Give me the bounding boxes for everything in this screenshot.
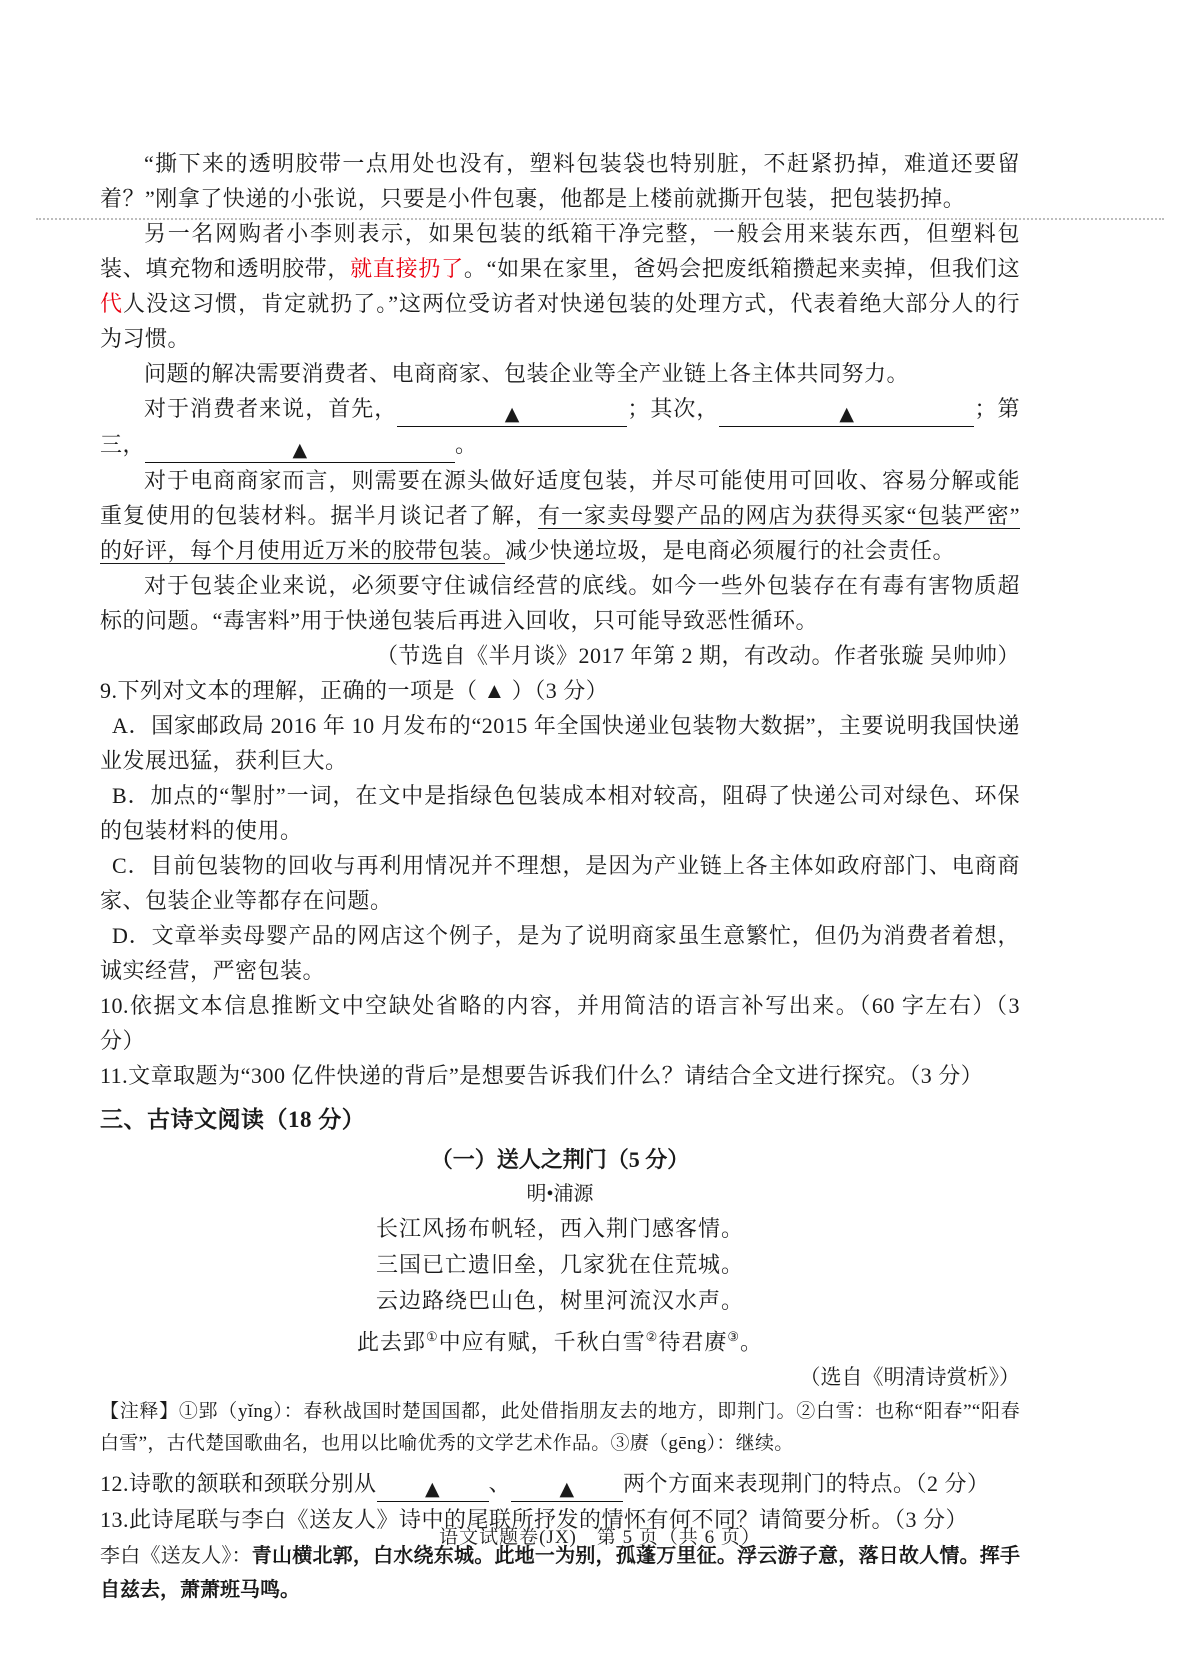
- poem-line-1: 长江风扬布帆轻，西入荆门感客情。: [100, 1211, 1020, 1247]
- exam-page: “撕下来的透明胶带一点用处也没有，塑料包装袋也特别脏，不赶紧扔掉，难道还要留着？…: [0, 0, 1200, 1665]
- libai-poem-reference: 李白《送友人》：青山横北郭，白水绕东城。此地一为别，孤蓬万里征。浮云游子意，落日…: [100, 1539, 1020, 1607]
- option-text: 国家邮政局 2016 年 10 月发布的“2015 年全国快递业包装物大数据”，…: [100, 713, 1020, 773]
- poem-line-2: 三国已亡遗旧垒，几家犹在住荒城。: [100, 1247, 1020, 1283]
- answer-blank: ▲: [145, 435, 455, 463]
- text-run: 减少快递垃圾，是电商必须履行的社会责任。: [505, 538, 955, 563]
- exam-content: “撕下来的透明胶带一点用处也没有，塑料包装袋也特别脏，不赶紧扔掉，难道还要留着？…: [100, 146, 1020, 1607]
- question-11: 11.文章取题为“300 亿件快递的背后”是想要告诉我们什么？请结合全文进行探究…: [100, 1058, 1020, 1093]
- option-text: 目前包装物的回收与再利用情况并不理想，是因为产业链上各主体如政府部门、电商商家、…: [100, 853, 1020, 913]
- option-label: B．: [112, 783, 151, 808]
- paragraph-consumer-blanks: 对于消费者来说，首先，▲；其次，▲；第三，▲。: [100, 391, 1020, 463]
- text-run: 。“如果在家里，爸妈会把废纸箱攒起来卖掉，但我们这: [464, 256, 1020, 281]
- answer-blank: ▲: [377, 1474, 489, 1502]
- triangle-placeholder-icon: ▲: [559, 1478, 574, 1500]
- option-label: D．: [112, 923, 152, 948]
- poem-author: 明•浦源: [100, 1178, 1020, 1211]
- question-10: 10.依据文本信息推断文中空缺处省略的内容，并用简洁的语言补写出来。（60 字左…: [100, 988, 1020, 1058]
- poem-annotations: 【注释】①郢（yǐng）：春秋战国时楚国国都，此处借指朋友去的地方，即荆门。②白…: [100, 1396, 1020, 1460]
- text-run: 中应有赋，千秋白雪: [439, 1329, 646, 1354]
- option-text: 文章举卖母婴产品的网店这个例子，是为了说明商家虽生意繁忙，但仍为消费者着想，诚实…: [100, 923, 1020, 983]
- option-label: A．: [112, 713, 151, 738]
- paragraph-zhang-quote: “撕下来的透明胶带一点用处也没有，塑料包装袋也特别脏，不赶紧扔掉，难道还要留着？…: [100, 146, 1020, 216]
- paragraph-li-quote: 另一名网购者小李则表示，如果包装的纸箱干净完整，一般会用来装东西，但塑料包装、填…: [100, 216, 1020, 356]
- text-run: 对于消费者来说，首先，: [144, 396, 397, 421]
- poem-source: （选自《明清诗赏析》）: [100, 1360, 1020, 1394]
- text-run: 人没这习惯，肯定就扔了。”这两位受访者对快递包装的处理方式，代表着绝大部分人的行…: [100, 291, 1020, 351]
- paragraph-ecommerce: 对于电商商家而言，则需要在源头做好适度包装，并尽可能使用可回收、容易分解或能重复…: [100, 463, 1020, 568]
- note-ref-1: ①: [426, 1329, 439, 1344]
- triangle-placeholder-icon: ▲: [839, 403, 854, 425]
- text-run: 此去郢: [357, 1329, 426, 1354]
- poem-line-3: 云边路绕巴山色，树里河流汉水声。: [100, 1283, 1020, 1319]
- red-highlight-char: 代: [100, 291, 123, 316]
- text-run: 两个方面来表现荆门的特点。（2 分）: [623, 1471, 990, 1496]
- article-citation: （节选自《半月谈》2017 年第 2 期，有改动。作者张璇 吴帅帅）: [100, 638, 1020, 673]
- page-footer: 语文试题卷(JX) 第 5 页（共 6 页）: [0, 1522, 1200, 1549]
- answer-blank: ▲: [511, 1474, 623, 1502]
- text-run: 待君赓: [658, 1329, 727, 1354]
- note-ref-3: ③: [727, 1329, 740, 1344]
- paragraph-packaging-company: 对于包装企业来说，必须要守住诚信经营的底线。如今一些外包装存在有毒有害物质超标的…: [100, 568, 1020, 638]
- question-9-stem: 9.下列对文本的理解，正确的一项是（ ▲ ）（3 分）: [100, 673, 1020, 708]
- paragraph-problem-solving: 问题的解决需要消费者、电商商家、包装企业等全产业链上各主体共同努力。: [100, 356, 1020, 391]
- note-ref-2: ②: [646, 1329, 659, 1344]
- question-9-option-c: C．目前包装物的回收与再利用情况并不理想，是因为产业链上各主体如政府部门、电商商…: [100, 848, 1020, 918]
- red-highlight-text: 就直接扔了: [350, 256, 464, 281]
- triangle-placeholder-icon: ▲: [505, 403, 520, 425]
- text-run: ；其次，: [627, 396, 719, 421]
- question-9-option-a: A．国家邮政局 2016 年 10 月发布的“2015 年全国快递业包装物大数据…: [100, 708, 1020, 778]
- question-9-option-d: D．文章举卖母婴产品的网店这个例子，是为了说明商家虽生意繁忙，但仍为消费者着想，…: [100, 918, 1020, 988]
- poem-title: （一）送人之荆门（5 分）: [100, 1142, 1020, 1178]
- poem-line-4: 此去郢①中应有赋，千秋白雪②待君赓③。: [100, 1319, 1020, 1360]
- answer-blank: ▲: [397, 399, 627, 427]
- option-label: C．: [112, 853, 150, 878]
- option-text: 加点的“掣肘”一词，在文中是指绿色包装成本相对较高，阻碍了快递公司对绿色、环保的…: [100, 783, 1020, 843]
- text-run: 、: [489, 1471, 512, 1496]
- section-3-heading: 三、古诗文阅读（18 分）: [100, 1102, 1020, 1138]
- answer-blank: ▲: [719, 399, 974, 427]
- triangle-placeholder-icon: ▲: [425, 1478, 440, 1500]
- text-run: 。: [740, 1329, 763, 1354]
- question-9-option-b: B．加点的“掣肘”一词，在文中是指绿色包装成本相对较高，阻碍了快递公司对绿色、环…: [100, 778, 1020, 848]
- text-run: 12.诗歌的颔联和颈联分别从: [100, 1471, 377, 1496]
- triangle-placeholder-icon: ▲: [292, 439, 307, 461]
- text-run: 。: [455, 432, 478, 457]
- question-12: 12.诗歌的颔联和颈联分别从▲、▲两个方面来表现荆门的特点。（2 分）: [100, 1466, 1020, 1502]
